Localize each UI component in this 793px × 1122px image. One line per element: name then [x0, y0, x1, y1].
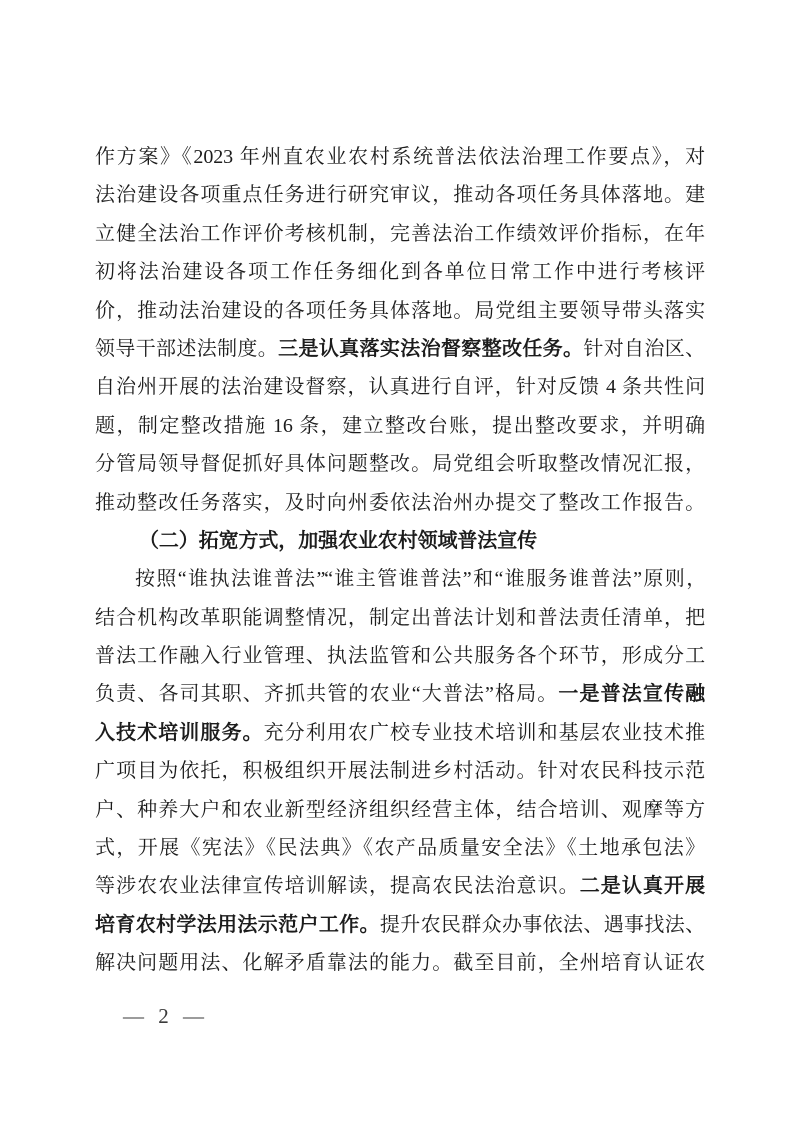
text-segment: 立健全法治工作评价考核机制，完善法治工作绩效评价指标，在年: [95, 223, 705, 245]
text-segment: 领导干部述法制度。: [95, 338, 278, 360]
text-segment: 初将法治建设各项工作任务细化到各单位日常工作中进行考核评: [95, 261, 705, 283]
bold-text-segment: 入技术培训服务。: [95, 722, 264, 744]
text-segment: 提升农民群众办事依法、遇事找法、: [380, 914, 705, 936]
text-segment: 广项目为依托，积极组织开展法制进乡村活动。针对农民科技示范: [95, 760, 705, 782]
bold-text-segment: （二）拓宽方式，加强农业农村领域普法宣传: [139, 530, 537, 552]
text-line: 价，推动法治建设的各项任务具体落地。局党组主要领导带头落实: [95, 292, 705, 330]
text-line: 法治建设各项重点任务进行研究审议，推动各项任务具体落地。建: [95, 176, 705, 214]
text-line: 作方案》《2023 年州直农业农村系统普法依法治理工作要点》，对: [95, 138, 705, 176]
text-line: 负责、各司其职、齐抓共管的农业“大普法”格局。一是普法宣传融: [95, 675, 705, 713]
bold-text-segment: 二是认真开展: [580, 875, 705, 897]
text-line: 广项目为依托，积极组织开展法制进乡村活动。针对农民科技示范: [95, 752, 705, 790]
section-heading: （二）拓宽方式，加强农业农村领域普法宣传: [95, 522, 705, 560]
document-body: 作方案》《2023 年州直农业农村系统普法依法治理工作要点》，对法治建设各项重点…: [95, 138, 705, 983]
text-line: 题，制定整改措施 16 条，建立整改台账，提出整改要求，并明确: [95, 407, 705, 445]
text-line: 自治州开展的法治建设督察，认真进行自评，针对反馈 4 条共性问: [95, 368, 705, 406]
text-segment: 法治建设各项重点任务进行研究审议，推动各项任务具体落地。建: [95, 184, 705, 206]
text-line: 式，开展《宪法》《民法典》《农产品质量安全法》《土地承包法》: [95, 829, 705, 867]
text-segment: 自治州开展的法治建设督察，认真进行自评，针对反馈 4 条共性问: [95, 376, 705, 398]
text-line: 入技术培训服务。充分利用农广校专业技术培训和基层农业技术推: [95, 714, 705, 752]
text-line: 分管局领导督促抓好具体问题整改。局党组会听取整改情况汇报，: [95, 445, 705, 483]
text-segment: 式，开展《宪法》《民法典》《农产品质量安全法》《土地承包法》: [95, 837, 705, 859]
page-number: — 2 —: [123, 1001, 204, 1031]
text-line: 按照“谁执法谁普法”“谁主管谁普法”和“谁服务谁普法”原则，: [95, 560, 705, 598]
text-line: 等涉农农业法律宣传培训解读，提高农民法治意识。二是认真开展: [95, 867, 705, 905]
text-line: 立健全法治工作评价考核机制，完善法治工作绩效评价指标，在年: [95, 215, 705, 253]
text-segment: 负责、各司其职、齐抓共管的农业“大普法”格局。: [95, 683, 558, 705]
text-segment: 普法工作融入行业管理、执法监管和公共服务各个环节，形成分工: [95, 645, 705, 667]
text-segment: 价，推动法治建设的各项任务具体落地。局党组主要领导带头落实: [95, 300, 705, 322]
text-segment: 针对自治区、: [583, 338, 705, 360]
text-segment: 充分利用农广校专业技术培训和基层农业技术推: [264, 722, 705, 744]
text-segment: 结合机构改革职能调整情况，制定出普法计划和普法责任清单，把: [95, 607, 705, 629]
bold-text-segment: 一是普法宣传融: [558, 683, 705, 705]
bold-text-segment: 培育农村学法用法示范户工作。: [95, 914, 380, 936]
text-line: 初将法治建设各项工作任务细化到各单位日常工作中进行考核评: [95, 253, 705, 291]
text-line: 解决问题用法、化解矛盾靠法的能力。截至目前，全州培育认证农: [95, 944, 705, 982]
text-line: 培育农村学法用法示范户工作。提升农民群众办事依法、遇事找法、: [95, 906, 705, 944]
text-segment: 作方案》《2023 年州直农业农村系统普法依法治理工作要点》，对: [95, 146, 705, 168]
text-line: 普法工作融入行业管理、执法监管和公共服务各个环节，形成分工: [95, 637, 705, 675]
text-line: 领导干部述法制度。三是认真落实法治督察整改任务。针对自治区、: [95, 330, 705, 368]
bold-text-segment: 三是认真落实法治督察整改任务。: [278, 338, 583, 360]
text-line: 结合机构改革职能调整情况，制定出普法计划和普法责任清单，把: [95, 599, 705, 637]
text-segment: 按照“谁执法谁普法”“谁主管谁普法”和“谁服务谁普法”原则，: [135, 568, 705, 590]
text-line: 推动整改任务落实，及时向州委依法治州办提交了整改工作报告。: [95, 484, 705, 522]
text-line: 户、种养大户和农业新型经济组织经营主体，结合培训、观摩等方: [95, 791, 705, 829]
text-segment: 解决问题用法、化解矛盾靠法的能力。截至目前，全州培育认证农: [95, 952, 705, 974]
text-segment: 题，制定整改措施 16 条，建立整改台账，提出整改要求，并明确: [95, 415, 705, 437]
text-segment: 推动整改任务落实，及时向州委依法治州办提交了整改工作报告。: [95, 492, 705, 514]
text-segment: 户、种养大户和农业新型经济组织经营主体，结合培训、观摩等方: [95, 799, 705, 821]
text-segment: 等涉农农业法律宣传培训解读，提高农民法治意识。: [95, 875, 580, 897]
text-segment: 分管局领导督促抓好具体问题整改。局党组会听取整改情况汇报，: [95, 453, 705, 475]
document-page: 作方案》《2023 年州直农业农村系统普法依法治理工作要点》，对法治建设各项重点…: [0, 0, 793, 1122]
